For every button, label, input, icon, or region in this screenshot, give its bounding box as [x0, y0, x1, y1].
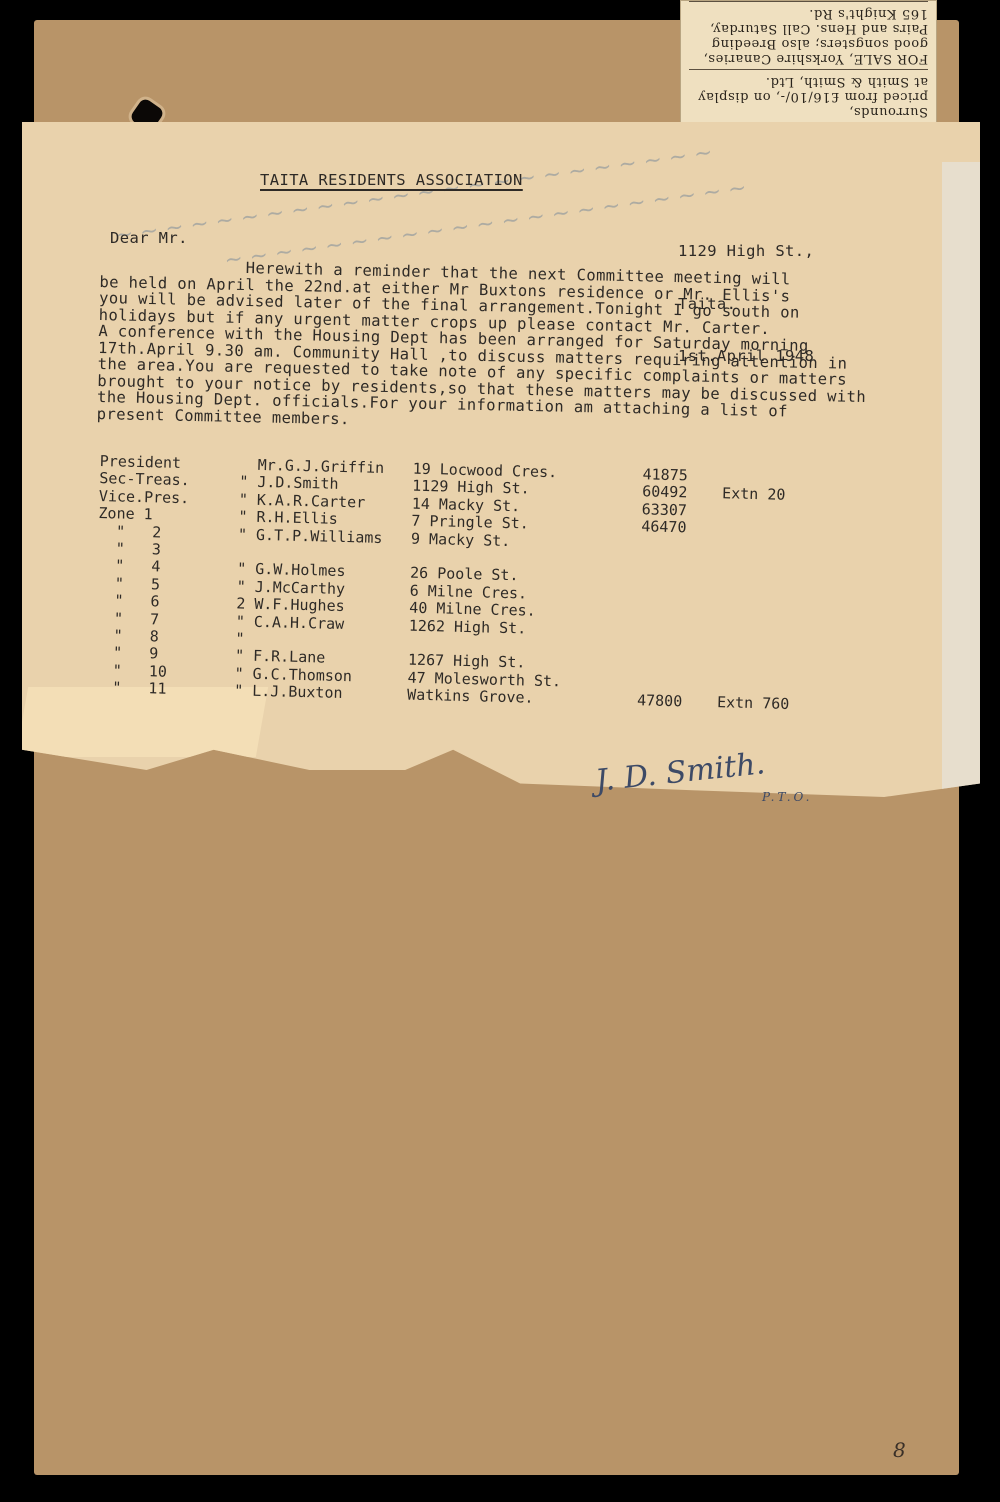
member-phone — [641, 535, 721, 554]
ditto-mark: " — [239, 473, 257, 491]
pto-note: P.T.O. — [762, 790, 812, 804]
member-phone — [639, 622, 719, 641]
ditto-mark: " — [234, 681, 252, 699]
clipping-line: priced from £16/10/-, on display — [689, 89, 928, 104]
ditto-mark: " — [236, 612, 254, 630]
member-extension: Extn 760 — [717, 693, 817, 713]
member-phone: 63307 — [642, 500, 722, 519]
clipping-ad: FOR SALE, Yorkshire Canaries,good songst… — [689, 1, 928, 69]
clipping-line: at Smith & Smith, Ltd. — [689, 74, 928, 89]
clipping-line: 165 Knight's Rd. — [689, 6, 928, 21]
ditto-mark: " — [237, 577, 255, 595]
page-number: 8 — [893, 1438, 906, 1462]
ditto-mark: " — [234, 664, 252, 682]
member-phone — [637, 674, 717, 693]
ditto-mark — [240, 455, 258, 473]
member-phone — [639, 604, 719, 623]
member-phone — [638, 639, 718, 658]
ditto-mark: " — [238, 525, 256, 543]
committee-members-table: PresidentMr.G.J.Griffin19 Locwood Cres.4… — [94, 452, 823, 713]
typed-letter: ~ ~ ~ ~ ~ ~ ~ ~ ~ ~ ~ ~ ~ ~ ~ ~ ~ ~ ~ ~ … — [22, 122, 980, 797]
ditto-mark: " — [237, 560, 255, 578]
clipping-line: Pairs and Hens. Call Saturday, — [689, 21, 928, 36]
member-phone — [640, 552, 720, 571]
ditto-mark: " — [235, 629, 253, 647]
clipping-ad: FOR SALE, 30in Navy Gym. Frock,new condi… — [689, 0, 928, 1]
address-street: 1129 High St., — [678, 243, 814, 261]
member-role: " 11 — [94, 678, 234, 699]
letter-title: TAITA RESIDENTS ASSOCIATION — [260, 172, 523, 189]
salutation: Dear Mr. — [110, 230, 188, 247]
member-phone — [639, 587, 719, 606]
letter-body: Herewith a reminder that the next Commit… — [97, 257, 869, 438]
ditto-mark: " — [238, 508, 256, 526]
ditto-mark — [237, 542, 255, 560]
member-phone — [638, 657, 718, 676]
member-phone — [640, 570, 720, 589]
member-phone: 46470 — [641, 517, 721, 536]
ditto-mark: " — [239, 490, 257, 508]
member-phone: 60492 — [642, 483, 722, 502]
member-phone: 41875 — [642, 465, 722, 484]
member-name: L.J.Buxton — [252, 682, 407, 703]
clipping-line: FOR SALE, Yorkshire Canaries, — [689, 51, 928, 66]
adhesive-tape — [942, 162, 980, 792]
ditto-mark: 2 — [236, 595, 254, 613]
member-phone: 47800 — [637, 691, 717, 710]
ditto-mark: " — [235, 647, 253, 665]
clipping-line: good songsters; also Breeding — [689, 36, 928, 51]
